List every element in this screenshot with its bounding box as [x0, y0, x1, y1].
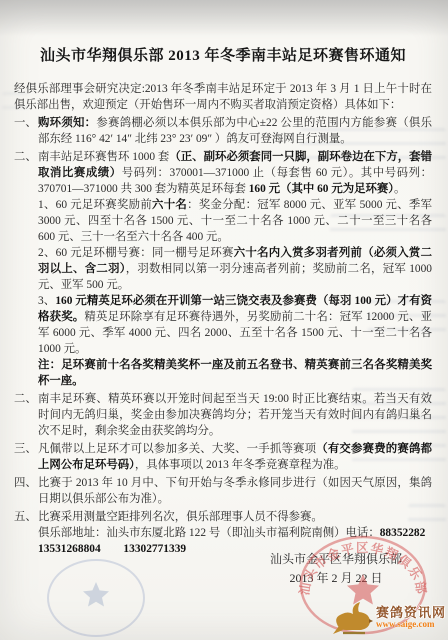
notice-paragraph: 一、购环须知：参赛鸽棚必须以本俱乐部为中心±22 公里的范围内方能参赛（俱乐部东… — [14, 115, 432, 147]
text-segment: 13531268804 13302771339 — [38, 543, 186, 555]
paragraph-text: 南丰足环赛、精英环赛以开笼时间起至当天 19:00 时正比赛结束。若当天有效时间… — [38, 393, 432, 437]
star-icon — [83, 582, 109, 607]
text-segment: 凡佩带以上足环才可以参加多关、大奖、一手抓等赛项 — [38, 443, 316, 455]
notice-paragraph: 三、凡佩带以上足环才可以参加多关、大奖、一手抓等赛项（有交参赛费的赛鸽都上网公布… — [14, 441, 432, 473]
text-segment: 2、60 元足环棚号赛：同一棚号足环赛 — [38, 247, 234, 259]
text-segment: 160 元（其中 60 元为足环赛） — [249, 183, 394, 195]
paragraph-text: 3、160 元精英足环必须在开训第一站三饶交表及参赛费（每羽 100 元）才有资… — [38, 295, 432, 355]
notice-title: 汕头市华翔俱乐部 2013 年冬季南丰站足环赛售环通知 — [14, 44, 432, 65]
saige-watermark: 赛鸽资讯网 www.saige.com — [333, 600, 446, 636]
text-segment: 参赛鸽棚必须以本俱乐部为中心±22 公里的范围内方能参赛（俱乐部东经 116° … — [38, 117, 432, 145]
section-number: 三、 — [14, 441, 37, 457]
paragraph-text: 1、60 元足环赛奖励前六十名：奖金分配：冠军 8000 元、亚军 5000 元… — [38, 199, 432, 243]
text-segment: 1、60 元足环赛奖励前 — [38, 199, 152, 211]
notice-paragraph: 3、160 元精英足环必须在开训第一站三饶交表及参赛费（每羽 100 元）才有资… — [14, 293, 432, 357]
scanned-notice-page: 汕头市华翔俱乐部 2013 年冬季南丰站足环赛售环通知 经俱乐部理事会研究决定:… — [0, 0, 448, 640]
text-segment: 3、 — [38, 295, 55, 307]
notice-paragraph: 经俱乐部理事会研究决定:2013 年冬季南丰站足环定于 2013 年 3 月 1… — [14, 81, 432, 113]
paragraph-text: 2、60 元足环棚号赛：同一棚号足环赛六十名内入赏多羽者列前（必须入赏二羽以上、… — [38, 247, 432, 291]
paragraph-text: 经俱乐部理事会研究决定:2013 年冬季南丰站足环定于 2013 年 3 月 1… — [14, 83, 432, 111]
document-body: 经俱乐部理事会研究决定:2013 年冬季南丰站足环定于 2013 年 3 月 1… — [14, 81, 432, 557]
notice-paragraph: 2、60 元足环棚号赛：同一棚号足环赛六十名内入赏多羽者列前（必须入赏二羽以上、… — [14, 245, 432, 293]
text-segment: ，具体事项以 2013 年冬季竞赛章程为准。 — [135, 459, 346, 471]
text-segment: 南丰足环赛、精英环赛以开笼时间起至当天 19:00 时正比赛结束。若当天有效时间… — [38, 393, 432, 437]
text-segment: 比赛采用测量空距排列名次，俱乐部理事人员不得参赛。 — [38, 511, 323, 523]
bleedthrough-seal — [44, 556, 148, 640]
watermark-site-name: 赛鸽资讯网 — [376, 606, 446, 620]
section-number: 五、 — [14, 509, 37, 525]
text-segment: 经俱乐部理事会研究决定:2013 年冬季南丰站足环定于 2013 年 3 月 1… — [14, 83, 432, 111]
section-number: 一、 — [14, 115, 37, 131]
text-segment: 南丰站足环赛售环 1000 套 — [38, 151, 169, 163]
pigeon-logo-icon — [333, 600, 373, 636]
notice-paragraph: 注：足环赛前十名各奖精美奖杯一座及前五名登书、精英赛前三名各奖精美奖杯一座。 — [14, 357, 432, 389]
text-segment: 购环须知： — [38, 117, 96, 129]
notice-paragraph: 1、60 元足环赛奖励前六十名：奖金分配：冠军 8000 元、亚军 5000 元… — [14, 197, 432, 245]
notice-paragraph: 二、南丰站足环赛售环 1000 套（正、副环必须套同一只脚，副环卷边在下方，套错… — [14, 149, 432, 197]
paragraph-text: 南丰站足环赛售环 1000 套（正、副环必须套同一只脚，副环卷边在下方，套错取消… — [38, 151, 432, 195]
notice-paragraph: 四、比赛于 2013 年 10 月中、下旬开始与冬季永修同步进行（如因天气原因，… — [14, 475, 432, 507]
text-segment: 注：足环赛前十名各奖精美奖杯一座及前五名登书、精英赛前三名各奖精美奖杯一座。 — [38, 359, 432, 387]
watermark-text: 赛鸽资讯网 www.saige.com — [376, 606, 446, 629]
notice-paragraph: 二、南丰足环赛、精英环赛以开笼时间起至当天 19:00 时正比赛结束。若当天有效… — [14, 391, 432, 439]
section-number: 二、 — [14, 149, 37, 165]
watermark-site-url: www.saige.com — [376, 620, 446, 629]
notice-paragraph: 五、比赛采用测量空距排列名次，俱乐部理事人员不得参赛。 — [14, 509, 432, 525]
section-number: 二、 — [14, 391, 37, 407]
text-segment: 精英足环除享有足环赛待遇外，另奖励前二十名：冠军 12000 元、亚军 6000… — [38, 311, 432, 355]
paragraph-text: 凡佩带以上足环才可以参加多关、大奖、一手抓等赛项（有交参赛费的赛鸽都上网公布足环… — [38, 443, 432, 471]
text-segment: 。 — [394, 183, 405, 195]
text-segment: 比赛于 2013 年 10 月中、下旬开始与冬季永修同步进行（如因天气原因，集鸽… — [38, 477, 432, 505]
paragraph-text: 13531268804 13302771339 — [38, 543, 186, 555]
text-segment: 六十名 — [152, 199, 187, 211]
paragraph-text: 购环须知：参赛鸽棚必须以本俱乐部为中心±22 公里的范围内方能参赛（俱乐部东经 … — [38, 117, 432, 145]
paragraph-text: 注：足环赛前十名各奖精美奖杯一座及前五名登书、精英赛前三名各奖精美奖杯一座。 — [38, 359, 432, 387]
paragraph-text: 比赛采用测量空距排列名次，俱乐部理事人员不得参赛。 — [38, 511, 323, 523]
section-number: 四、 — [14, 475, 37, 491]
paragraph-text: 比赛于 2013 年 10 月中、下旬开始与冬季永修同步进行（如因天气原因，集鸽… — [38, 477, 432, 505]
